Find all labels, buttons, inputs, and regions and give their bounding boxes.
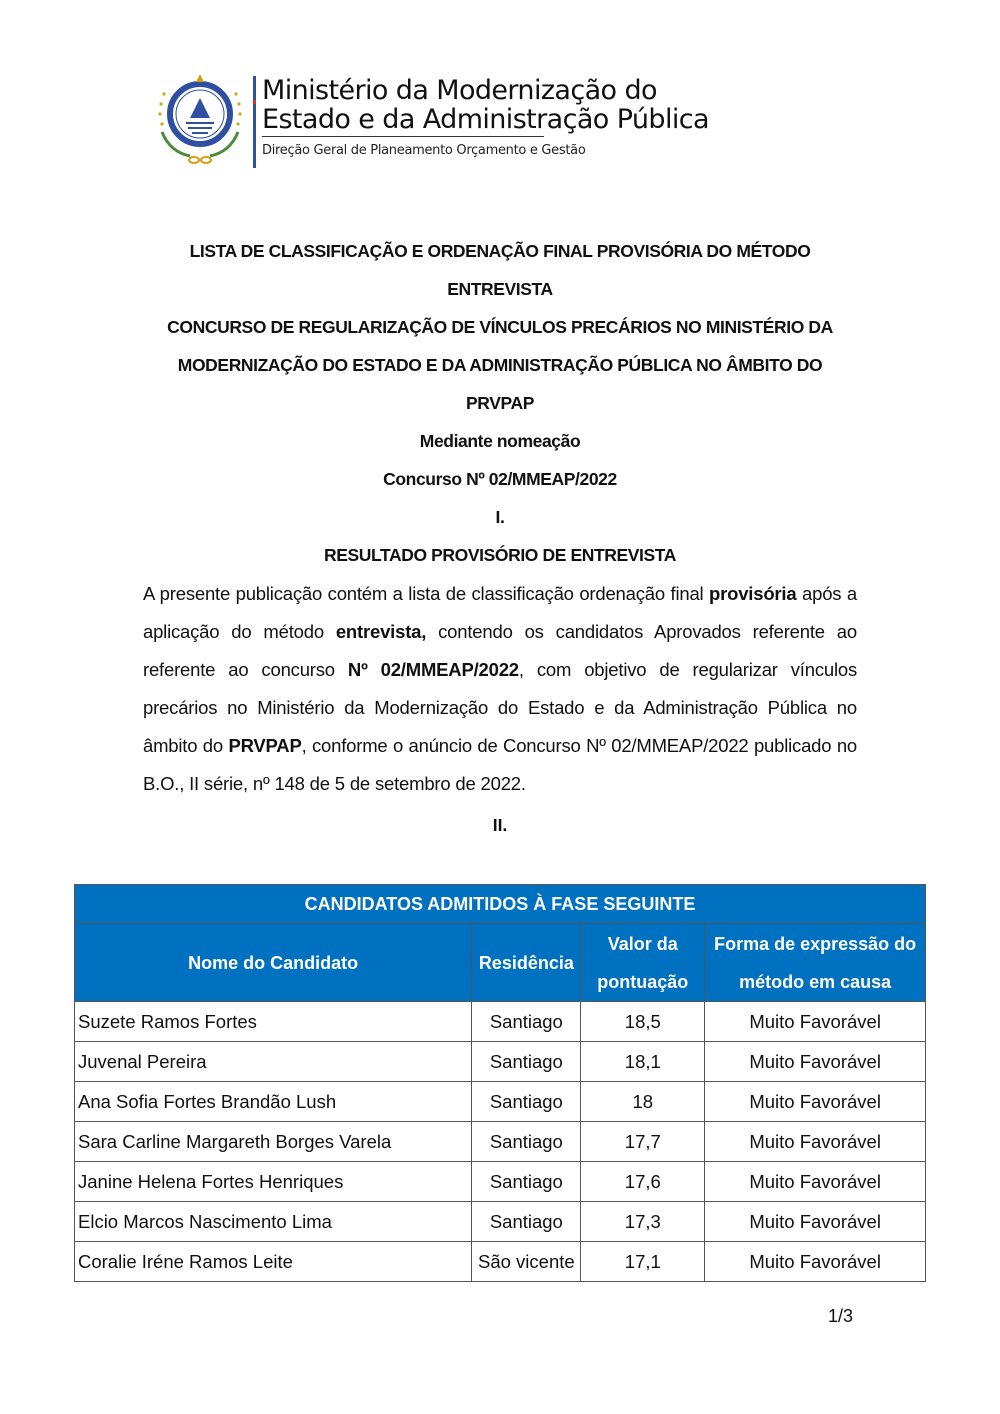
- section-number: I.: [140, 498, 860, 536]
- table-row: Janine Helena Fortes HenriquesSantiago17…: [75, 1162, 926, 1202]
- letterhead: Ministério da Modernização do Estado e d…: [152, 72, 712, 172]
- divider-accent: [253, 100, 256, 104]
- title-line: CONCURSO DE REGULARIZAÇÃO DE VÍNCULOS PR…: [140, 308, 860, 346]
- table-row: Ana Sofia Fortes Brandão LushSantiago18M…: [75, 1082, 926, 1122]
- residence: Santiago: [472, 1042, 581, 1082]
- residence: Santiago: [472, 1082, 581, 1122]
- appointment-mode: Mediante nomeação: [140, 422, 860, 460]
- table-row: Juvenal PereiraSantiago18,1Muito Favoráv…: [75, 1042, 926, 1082]
- ministry-name-line2: Estado e da Administração Pública: [262, 105, 709, 134]
- ministry-name-line1: Ministério da Modernização do: [262, 76, 709, 105]
- column-header-score: Valor da pontuação: [581, 924, 705, 1002]
- score: 17,7: [581, 1122, 705, 1162]
- bold-run: Nº 02/MMEAP/2022: [348, 659, 519, 680]
- coat-of-arms-icon: [152, 72, 248, 168]
- candidate-name: Janine Helena Fortes Henriques: [75, 1162, 472, 1202]
- candidate-name: Juvenal Pereira: [75, 1042, 472, 1082]
- title-line: MODERNIZAÇÃO DO ESTADO E DA ADMINISTRAÇÃ…: [140, 346, 860, 384]
- result: Muito Favorável: [705, 1082, 926, 1122]
- table-row: Elcio Marcos Nascimento LimaSantiago17,3…: [75, 1202, 926, 1242]
- results-table: CANDIDATOS ADMITIDOS À FASE SEGUINTE Nom…: [74, 884, 926, 1282]
- candidate-name: Elcio Marcos Nascimento Lima: [75, 1202, 472, 1242]
- result: Muito Favorável: [705, 1122, 926, 1162]
- score: 17,3: [581, 1202, 705, 1242]
- bold-run: PRVPAP: [228, 735, 301, 756]
- section-number: II.: [140, 806, 860, 844]
- table-row: Sara Carline Margareth Borges VarelaSant…: [75, 1122, 926, 1162]
- result: Muito Favorável: [705, 1202, 926, 1242]
- score: 17,1: [581, 1242, 705, 1282]
- title-line: ENTREVISTA: [140, 270, 860, 308]
- result: Muito Favorável: [705, 1042, 926, 1082]
- residence: Santiago: [472, 1002, 581, 1042]
- divider-bar: [253, 76, 256, 168]
- score: 18,5: [581, 1002, 705, 1042]
- intro-paragraph: A presente publicação contém a lista de …: [143, 575, 857, 803]
- competition-number: Concurso Nº 02/MMEAP/2022: [140, 460, 860, 498]
- section-heading: RESULTADO PROVISÓRIO DE ENTREVISTA: [140, 536, 860, 574]
- candidate-name: Coralie Iréne Ramos Leite: [75, 1242, 472, 1282]
- score: 18: [581, 1082, 705, 1122]
- text-run: A presente publicação contém a lista de …: [143, 583, 709, 604]
- ministry-name: Ministério da Modernização do Estado e d…: [262, 76, 709, 134]
- result: Muito Favorável: [705, 1242, 926, 1282]
- score: 17,6: [581, 1162, 705, 1202]
- table-caption: CANDIDATOS ADMITIDOS À FASE SEGUINTE: [75, 885, 926, 924]
- residence: Santiago: [472, 1122, 581, 1162]
- residence: São vicente: [472, 1242, 581, 1282]
- title-line: LISTA DE CLASSIFICAÇÃO E ORDENAÇÃO FINAL…: [140, 232, 860, 270]
- residence: Santiago: [472, 1202, 581, 1242]
- candidate-name: Ana Sofia Fortes Brandão Lush: [75, 1082, 472, 1122]
- column-header-result: Forma de expressão do método em causa: [705, 924, 926, 1002]
- result: Muito Favorável: [705, 1002, 926, 1042]
- title-line: PRVPAP: [140, 384, 860, 422]
- table-row: Suzete Ramos FortesSantiago18,5Muito Fav…: [75, 1002, 926, 1042]
- residence: Santiago: [472, 1162, 581, 1202]
- ministry-rule: [262, 136, 544, 137]
- column-header-name: Nome do Candidato: [75, 924, 472, 1002]
- candidate-name: Sara Carline Margareth Borges Varela: [75, 1122, 472, 1162]
- page-number: 1/3: [828, 1306, 853, 1327]
- result: Muito Favorável: [705, 1162, 926, 1202]
- column-header-residence: Residência: [472, 924, 581, 1002]
- directorate-name: Direção Geral de Planeamento Orçamento e…: [262, 143, 585, 158]
- bold-run: provisória: [709, 583, 796, 604]
- document-titles: LISTA DE CLASSIFICAÇÃO E ORDENAÇÃO FINAL…: [140, 232, 860, 574]
- bold-run: entrevista,: [336, 621, 426, 642]
- table-row: Coralie Iréne Ramos LeiteSão vicente17,1…: [75, 1242, 926, 1282]
- score: 18,1: [581, 1042, 705, 1082]
- candidate-name: Suzete Ramos Fortes: [75, 1002, 472, 1042]
